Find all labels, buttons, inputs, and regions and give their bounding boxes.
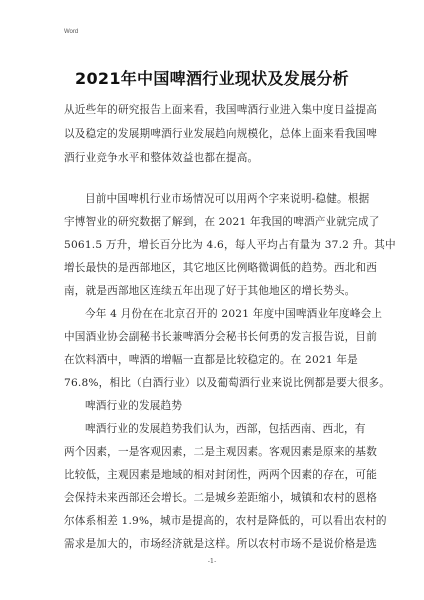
paragraph-line: 目前中国啤机行业市场情况可以用两个字来说明-稳健。根据 <box>85 191 385 206</box>
paragraph-line: 两个因素，一是客观因素，二是主观因素。客观因素是原来的基数 <box>64 444 364 459</box>
paragraph-line: 增长最快的是西部地区，其它地区比例略微调低的趋势。西北和西 <box>64 260 364 275</box>
paragraph-line: 在饮料酒中，啤酒的增幅一直都是比较稳定的。在 2021 年是 <box>64 352 364 367</box>
paragraph-line: 76.8%，相比（白酒行业）以及葡萄酒行业来说比例都是要大很多。 <box>64 375 364 390</box>
paragraph-line: 以及稳定的发展期啤酒行业发展趋向规模化，总体上面来看我国啤 <box>64 126 364 141</box>
page-number: -1- <box>0 557 424 565</box>
paragraph-line: 宇博智业的研究数据了解到，在 2021 年我国的啤酒产业就完成了 <box>64 214 364 229</box>
paragraph-line: 中国酒业协会副秘书长兼啤酒分会秘书长何勇的发言报告说，目前 <box>64 329 364 344</box>
paragraph-line: 啤酒行业的发展趋势我们认为，西部，包括西南、西北，有 <box>85 421 385 436</box>
section-heading: 啤酒行业的发展趋势 <box>85 398 385 413</box>
paragraph-line: 需求是加大的，市场经济就是这样。所以农村市场不是说价格是选 <box>64 536 364 551</box>
paragraph-line: 尔体系相差 1.9%，城市是提高的，农村是降低的，可以看出农村的 <box>64 513 364 528</box>
paragraph-line: 从近些年的研究报告上面来看，我国啤酒行业进入集中度日益提高 <box>64 102 364 117</box>
paragraph-line: 酒行业竞争水平和整体效益也都在提高。 <box>64 150 364 165</box>
paragraph-line: 比较低，主观因素是地域的相对封闭性，两两个因素的存在，可能 <box>64 467 364 482</box>
paragraph-line: 今年 4 月份在在北京召开的 2021 年度中国啤酒业年度峰会上 <box>85 306 385 321</box>
document-header: Word <box>64 29 78 35</box>
paragraph-line: 5061.5 万升，增长百分比为 4.6，每人平均占有量为 37.2 升。其中 <box>64 237 364 252</box>
document-title: 2021年中国啤酒行业现状及发展分析 <box>0 66 424 89</box>
paragraph-line: 南，就是西部地区连续五年出现了好于其他地区的增长势头。 <box>64 283 364 298</box>
paragraph-line: 会保持未来西部还会增长。二是城乡差距缩小，城镇和农村的恩格 <box>64 490 364 505</box>
